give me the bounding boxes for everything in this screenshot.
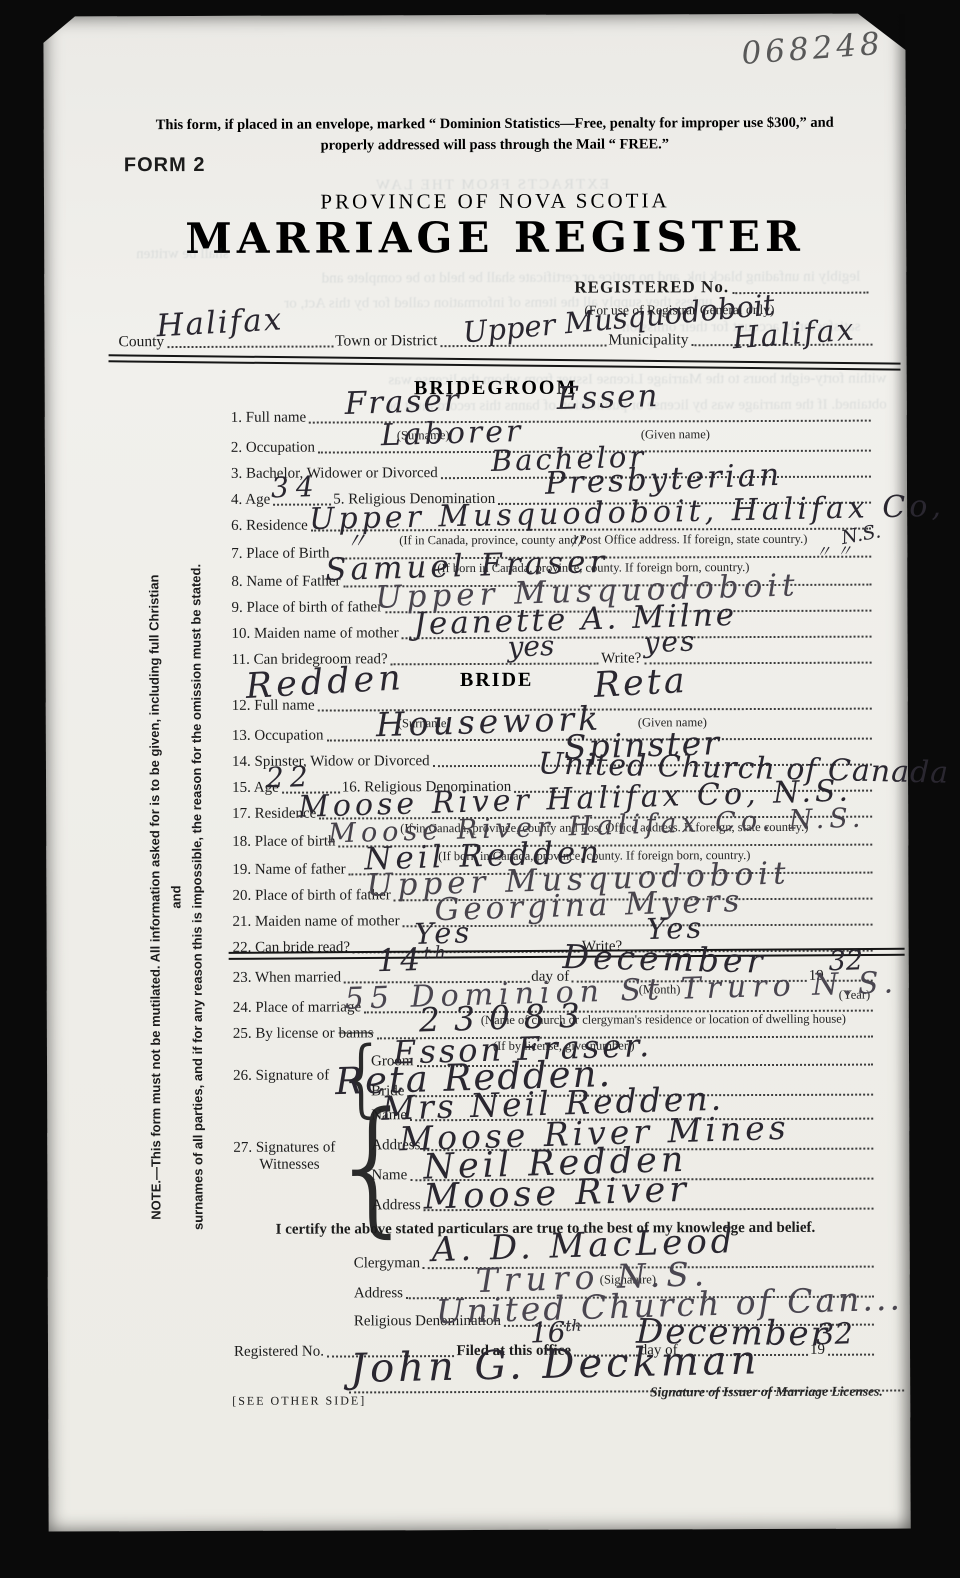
margin-note-line1: NOTE.—This form must not be mutilated. A… (143, 563, 187, 1231)
witness2-address-value: Moose River (423, 1173, 690, 1216)
clergyman-label: Clergyman (354, 1255, 420, 1272)
filed-year-value: 32 (816, 1319, 854, 1349)
bg-given-value: Essen (556, 381, 660, 415)
field-label: 18. Place of birth (232, 833, 335, 850)
field-label: 7. Place of Birth (231, 546, 329, 563)
town-label: Town or District (335, 332, 437, 350)
br-age-value: 22 (266, 763, 314, 792)
municipality-value: Halifax (732, 315, 857, 354)
witnesses-label-line1: 27. Signatures of (233, 1139, 335, 1156)
serial-number: 068248 (741, 29, 885, 70)
signature-of-label: 26. Signature of (233, 1068, 329, 1085)
field-label: 6. Residence (231, 518, 308, 535)
field-label: 14. Spinster, Widow or Divorced (232, 753, 430, 771)
address-label: Address (354, 1285, 403, 1302)
margin-note-line2: surnames of all parties, and if for any … (185, 563, 208, 1231)
day-number: 14 (376, 942, 425, 979)
scanned-marriage-register: { "scan": { "serial_number": "068248", "… (0, 0, 960, 1578)
bg-surname-value: Fraser (344, 386, 461, 420)
issuer-caption: Signature of Issuer of Marriage Licenses… (650, 1384, 883, 1401)
address-label: Address (371, 1197, 420, 1214)
name-label: Name (371, 1167, 407, 1184)
bg-read-value: yes (507, 632, 555, 661)
field-label: 1. Full name (231, 410, 306, 427)
field-label: 8. Name of Father (231, 573, 340, 590)
form-page: 068248 This form, if placed in an envelo… (43, 14, 910, 1532)
field-label: 13. Occupation (232, 728, 324, 745)
field-label: 25. By license or (233, 1025, 335, 1042)
scan-corner-clip (41, 14, 77, 44)
field-label: 9. Place of birth of father (231, 599, 382, 617)
bride-heading: BRIDE (92, 668, 902, 694)
bg-write-value: yes (643, 628, 697, 658)
registered-label: Registered No. (234, 1344, 324, 1361)
field-label: 21. Maiden name of mother (232, 913, 399, 931)
bg-age-value: 34 (271, 473, 321, 502)
field-label: 23. When married (233, 969, 341, 986)
day-ordinal: th (424, 943, 450, 964)
field-label: 19. Name of father (232, 861, 345, 878)
county-value: Halifax (156, 304, 284, 342)
dotted-line (167, 343, 333, 348)
dotted-line (391, 661, 599, 666)
bg-birthplace-ditto: 〃 〃 (815, 543, 853, 560)
br-surname-value: Redden (245, 661, 406, 705)
mail-note-line2: properly addressed will pass through the… (90, 136, 900, 156)
mail-note-line1: This form, if placed in an envelope, mar… (90, 115, 900, 135)
field-label: 10. Maiden name of mother (231, 625, 398, 643)
field-label: 3. Bachelor, Widower or Divorced (231, 465, 438, 483)
field-label: 24. Place of marriage (233, 999, 361, 1016)
dotted-line (828, 1352, 874, 1356)
witnesses-label-line2: Witnesses (259, 1157, 319, 1174)
form-number-label: FORM 2 (124, 154, 206, 177)
see-other-side: [SEE OTHER SIDE] (232, 1393, 366, 1408)
field-label: 4. Age (231, 492, 270, 509)
day-ordinal: th (565, 1317, 582, 1335)
bridegroom-heading: BRIDEGROOM (91, 376, 901, 402)
margin-note: NOTE.—This form must not be mutilated. A… (143, 563, 208, 1231)
br-given-value: Reta (593, 664, 689, 704)
bg-fullname-row: 1. Full name (231, 406, 873, 427)
field-label: 2. Occupation (231, 440, 315, 457)
marriage-day-value: 14th (376, 944, 450, 977)
